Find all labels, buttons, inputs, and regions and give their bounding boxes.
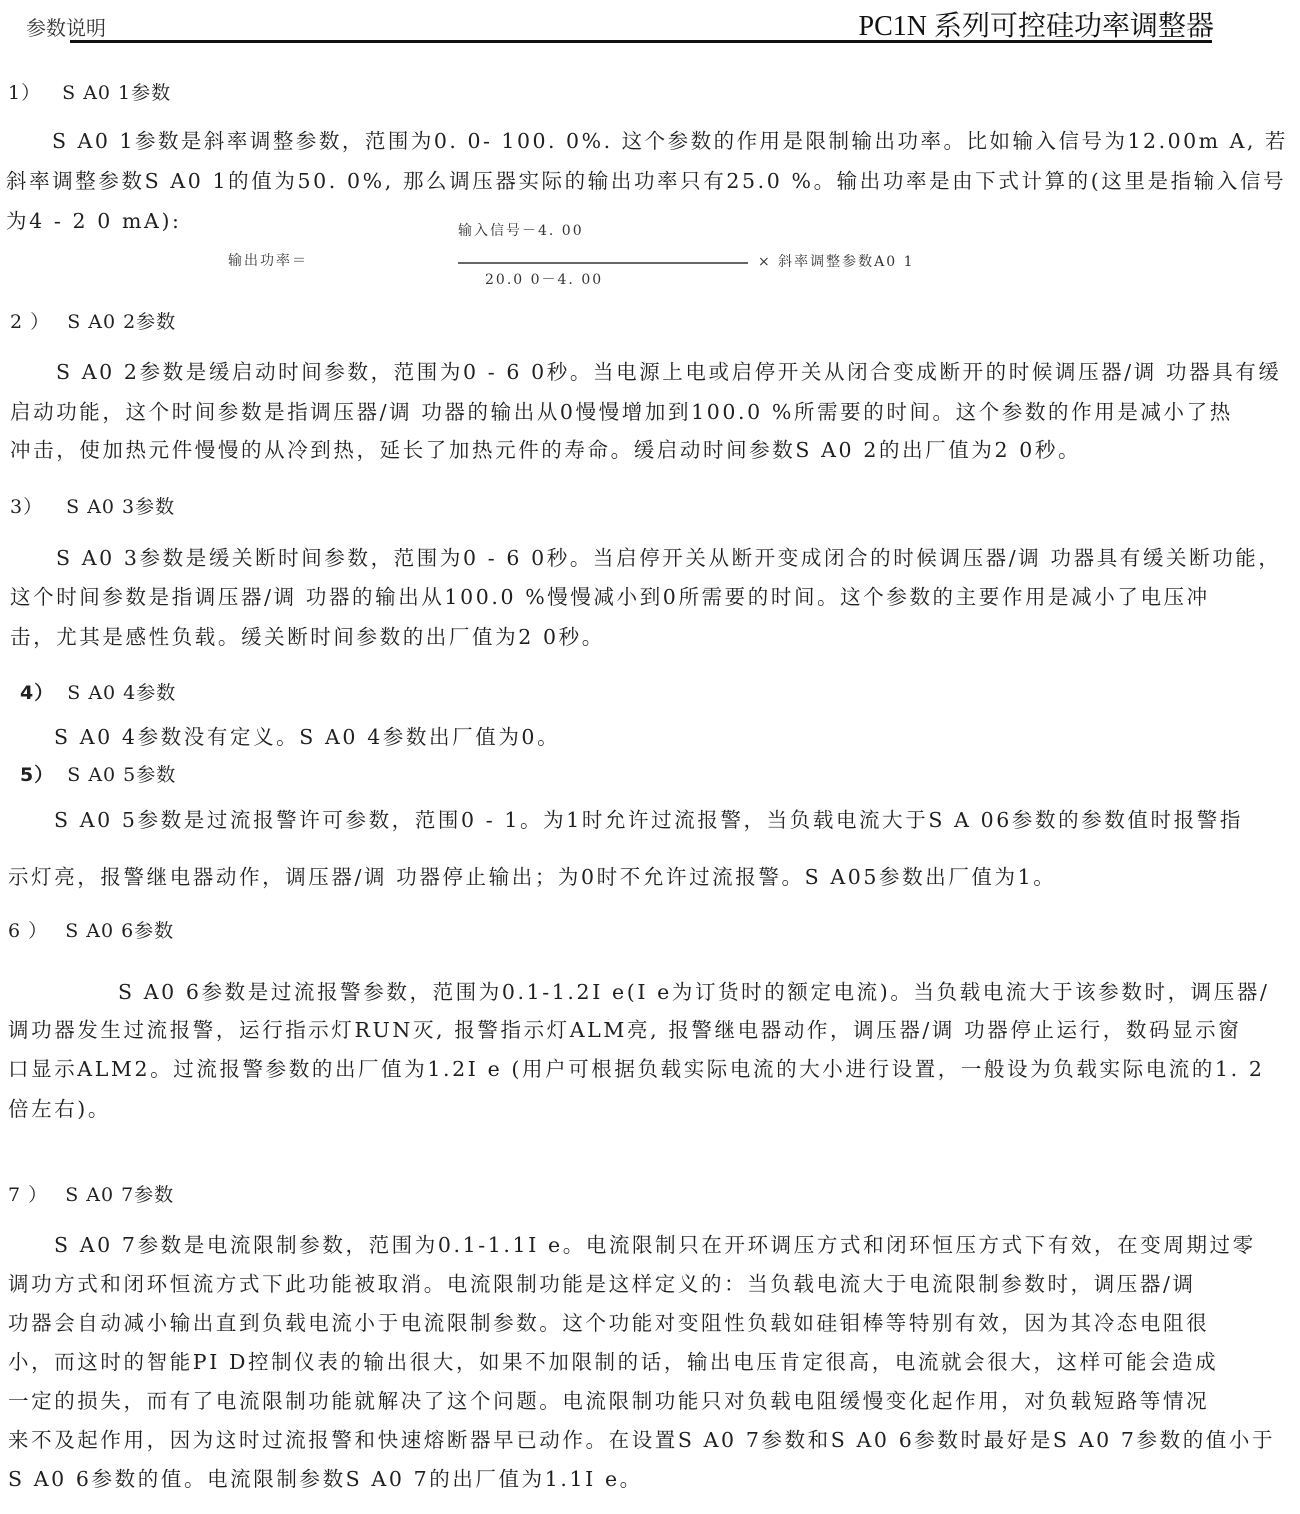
header-section-title: 参数说明 (26, 12, 106, 41)
section-heading: 3） S A0 3参数 (10, 492, 175, 519)
paragraph-line: S A0 6参数是过流报警参数，范围为0.1-1.2I e(I e为订货时的额定… (118, 975, 1270, 1005)
paragraph-line: 口显示ALM2。过流报警参数的出厂值为1.2I e (用户可根据负载实际电流的大… (8, 1052, 1265, 1082)
header-product-title: PC1N 系列可控硅功率调整器 (859, 4, 1214, 44)
paragraph-line: 冲击，使加热元件慢慢的从冷到热，延长了加热元件的寿命。缓启动时间参数S A0 2… (10, 433, 1081, 463)
section-number: 3） (10, 496, 43, 518)
paragraph-line: S A0 6参数的值。电流限制参数S A0 7的出厂值为1.1I e。 (8, 1462, 643, 1492)
section-title: S A0 7参数 (65, 1184, 174, 1206)
section-title: S A0 1参数 (62, 82, 171, 104)
paragraph-line: 调功器发生过流报警，运行指示灯RUN灭, 报警指示灯ALM亮, 报警继电器动作，… (8, 1013, 1241, 1043)
section-title: S A0 3参数 (66, 496, 175, 518)
formula-lhs: 输出功率＝ (228, 250, 308, 270)
section-heading: 7 ） S A0 7参数 (8, 1180, 174, 1207)
section-heading: 1） S A0 1参数 (8, 78, 171, 105)
section-heading: 2 ） S A0 2参数 (10, 307, 176, 334)
formula-numerator: 输入信号－4. 00 (458, 220, 584, 240)
paragraph-line: S A0 3参数是缓关断时间参数，范围为0 - 6 0秒。当启停开关从断开变成闭… (56, 541, 1282, 571)
paragraph-line: S A0 7参数是电流限制参数，范围为0.1-1.1I e。电流限制只在开环调压… (54, 1228, 1256, 1258)
section-number: 7 ） (8, 1184, 48, 1206)
formula-multiplier: × 斜率调整参数A0 1 (758, 251, 915, 271)
section-heading: 4） S A0 4参数 (20, 678, 176, 705)
paragraph-line: S A0 5参数是过流报警许可参数，范围0 - 1。为1时允许过流报警，当负载电… (54, 803, 1243, 833)
paragraph-line: 来不及起作用，因为这时过流报警和快速熔断器早已动作。在设置S A0 7参数和S … (8, 1423, 1275, 1453)
paragraph-line: 调功方式和闭环恒流方式下此功能被取消。电流限制功能是这样定义的：当负载电流大于电… (8, 1267, 1196, 1297)
section-number: 5） (20, 764, 54, 786)
paragraph-line: 示灯亮，报警继电器动作，调压器/调 功器停止输出；为0时不允许过流报警。S A0… (8, 860, 1056, 890)
section-number: 6 ） (8, 920, 48, 942)
section-heading: 6 ） S A0 6参数 (8, 916, 174, 943)
section-title: S A0 4参数 (67, 682, 176, 704)
paragraph-line: S A0 4参数没有定义。S A0 4参数出厂值为0。 (54, 720, 560, 750)
section-title: S A0 6参数 (65, 920, 174, 942)
paragraph-line: 启动功能，这个时间参数是指调压器/调 功器的输出从0慢慢增加到100.0 %所需… (10, 395, 1233, 425)
formula-denominator: 20.0 0－4. 00 (485, 269, 603, 289)
paragraph-line: 倍左右)。 (8, 1092, 111, 1122)
paragraph-line: 击，尤其是感性负载。缓关断时间参数的出厂值为2 0秒。 (10, 620, 605, 650)
paragraph-line: S A0 2参数是缓启动时间参数，范围为0 - 6 0秒。当电源上电或启停开关从… (56, 355, 1282, 385)
fraction-bar (458, 262, 748, 264)
section-title: S A0 2参数 (67, 311, 176, 333)
section-title: S A0 5参数 (67, 764, 176, 786)
paragraph-line: 为4 - 2 0 mA): (6, 204, 182, 234)
paragraph-line: 斜率调整参数S A0 1的值为50. 0%, 那么调压器实际的输出功率只有25.… (6, 164, 1286, 194)
paragraph-line: 一定的损失，而有了电流限制功能就解决了这个问题。电流限制功能只对负载电阻缓慢变化… (8, 1384, 1209, 1414)
paragraph-line: 这个时间参数是指调压器/调 功器的输出从100.0 %慢慢减小到0所需要的时间。… (10, 580, 1210, 610)
paragraph-line: S A0 1参数是斜率调整参数，范围为0. 0- 100. 0%. 这个参数的作… (52, 124, 1288, 154)
section-heading: 5） S A0 5参数 (20, 760, 176, 787)
section-number: 1） (8, 82, 41, 104)
paragraph-line: 功器会自动减小输出直到负载电流小于电流限制参数。这个功能对变阻性负载如硅钼棒等特… (8, 1306, 1209, 1336)
paragraph-line: 小，而这时的智能PI D控制仪表的输出很大，如果不加限制的话，输出电压肯定很高，… (8, 1345, 1218, 1375)
section-number: 2 ） (10, 311, 50, 333)
section-number: 4） (20, 682, 54, 704)
header-divider (70, 40, 1212, 43)
